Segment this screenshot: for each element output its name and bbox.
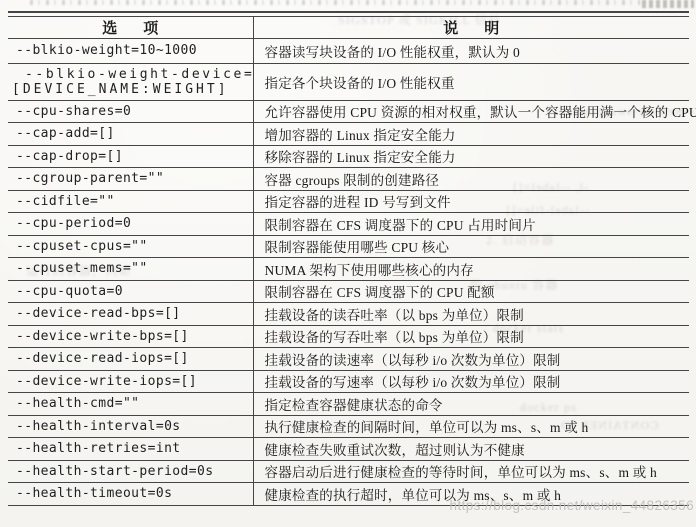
option-cell: --cpu-shares=0: [8, 100, 253, 123]
table-row: --device-write-bps=[]挂载设备的写吞吐率（以 bps 为单位…: [8, 325, 689, 348]
header-row: 选项 说明: [8, 16, 689, 38]
description-cell: 指定容器的进程 ID 号写到文件: [253, 190, 689, 213]
table-row: --cpu-shares=0允许容器使用 CPU 资源的相对权重，默认一个容器能…: [8, 100, 689, 123]
table-row: --cpuset-cpus=""限制容器能使用哪些 CPU 核心: [8, 235, 689, 258]
header-description-char2: 明: [484, 21, 499, 37]
option-cell: --cpu-quota=0: [8, 280, 253, 303]
description-cell: 限制容器在 CFS 调度器下的 CPU 占用时间片: [253, 213, 689, 236]
description-cell: 增加容器的 Linux 指定安全能力: [253, 123, 689, 146]
description-cell: NUMA 架构下使用哪些核心的内存: [253, 258, 689, 281]
header-description-char1: 说: [443, 21, 458, 37]
table-row: --cidfile=""指定容器的进程 ID 号写到文件: [8, 190, 689, 213]
description-cell: 挂载设备的读速率（以每秒 i/o 次数为单位）限制: [253, 348, 689, 371]
option-cell: --cpuset-mems="": [8, 258, 253, 281]
option-cell: --device-read-iops=[]: [8, 348, 253, 371]
table-row: --health-start-period=0s容器启动后进行健康检查的等待时间…: [8, 460, 689, 483]
option-cell: --cap-drop=[]: [8, 145, 253, 168]
option-cell: --cap-add=[]: [8, 123, 253, 146]
option-cell: --cpuset-cpus="": [8, 235, 253, 258]
description-cell: 容器读写块设备的 I/O 性能权重，默认为 0: [253, 38, 689, 63]
table-row: --cpuset-mems=""NUMA 架构下使用哪些核心的内存: [8, 258, 689, 281]
header-option-char1: 选: [102, 21, 117, 37]
option-cell: --health-interval=0s: [8, 415, 253, 438]
table-row: --cpu-period=0限制容器在 CFS 调度器下的 CPU 占用时间片: [8, 213, 689, 236]
table-row: --blkio-weight=10~1000容器读写块设备的 I/O 性能权重，…: [8, 38, 689, 63]
table-row: --cgroup-parent=""容器 cgroups 限制的创建路径: [8, 168, 689, 191]
csdn-watermark: https://blog.csdn.net/weixin_44826356: [450, 498, 694, 513]
description-cell: 指定各个块设备的 I/O 性能权重: [253, 63, 689, 100]
table-row: --device-read-bps=[]挂载设备的读吞吐率（以 bps 为单位）…: [8, 303, 689, 326]
option-cell: --blkio-weight=10~1000: [8, 38, 253, 63]
table-row: --blkio-weight-device=[DEVICE_NAME:WEIGH…: [8, 63, 689, 100]
option-cell: --health-timeout=0s: [8, 483, 253, 506]
table-row: --health-cmd=""指定检查容器健康状态的命令: [8, 393, 689, 416]
column-header-option: 选项: [8, 16, 253, 38]
header-option-char2: 项: [143, 21, 158, 37]
option-line-1: --blkio-weight-device=: [25, 67, 253, 82]
options-table-wrapper: 选项 说明 --blkio-weight=10~1000容器读写块设备的 I/O…: [8, 11, 689, 506]
table-row: --cpu-quota=0限制容器在 CFS 调度器下的 CPU 配额: [8, 280, 689, 303]
table-row: --cap-drop=[]移除容器的 Linux 指定安全能力: [8, 145, 689, 168]
description-cell: 允许容器使用 CPU 资源的相对权重，默认一个容器能用满一个核的 CPU: [253, 100, 689, 123]
table-row: --device-write-iops=[]挂载设备的写速率（以每秒 i/o 次…: [8, 370, 689, 393]
description-cell: 健康检查失败重试次数，超过则认为不健康: [253, 438, 689, 461]
description-cell: 限制容器能使用哪些 CPU 核心: [253, 235, 689, 258]
table-row: --cap-add=[]增加容器的 Linux 指定安全能力: [8, 123, 689, 146]
description-cell: 容器启动后进行健康检查的等待时间，单位可以为 ms、s、m 或 h: [253, 460, 689, 483]
option-cell: --cgroup-parent="": [8, 168, 253, 191]
cropped-caption-remnant-right: [642, 0, 694, 8]
option-cell: --device-read-bps=[]: [8, 303, 253, 326]
description-cell: 执行健康检查的间隔时间，单位可以为 ms、s、m 或 h: [253, 415, 689, 438]
option-cell: --health-cmd="": [8, 393, 253, 416]
cropped-caption-remnant: [30, 0, 640, 5]
description-cell: 挂载设备的读吞吐率（以 bps 为单位）限制: [253, 303, 689, 326]
table-row: --health-interval=0s执行健康检查的间隔时间，单位可以为 ms…: [8, 415, 689, 438]
option-line-2: [DEVICE_NAME:WEIGHT]: [12, 82, 253, 97]
table-row: --health-retries=int健康检查失败重试次数，超过则认为不健康: [8, 438, 689, 461]
column-header-description: 说明: [253, 16, 689, 38]
description-cell: 移除容器的 Linux 指定安全能力: [253, 145, 689, 168]
option-cell: --health-retries=int: [8, 438, 253, 461]
option-cell: --cidfile="": [8, 190, 253, 213]
scanned-page: SIGSTOP 或 SIGKILL 信号--memory-swappiness=…: [0, 0, 696, 527]
option-cell: --device-write-iops=[]: [8, 370, 253, 393]
description-cell: 挂载设备的写吞吐率（以 bps 为单位）限制: [253, 325, 689, 348]
option-cell: --health-start-period=0s: [8, 460, 253, 483]
option-cell: --cpu-period=0: [8, 213, 253, 236]
option-cell: --device-write-bps=[]: [8, 325, 253, 348]
description-cell: 限制容器在 CFS 调度器下的 CPU 配额: [253, 280, 689, 303]
description-cell: 容器 cgroups 限制的创建路径: [253, 168, 689, 191]
option-cell: --blkio-weight-device=[DEVICE_NAME:WEIGH…: [8, 63, 253, 100]
description-cell: 指定检查容器健康状态的命令: [253, 393, 689, 416]
description-cell: 挂载设备的写速率（以每秒 i/o 次数为单位）限制: [253, 370, 689, 393]
docker-run-options-table: 选项 说明 --blkio-weight=10~1000容器读写块设备的 I/O…: [8, 16, 689, 506]
table-row: --device-read-iops=[]挂载设备的读速率（以每秒 i/o 次数…: [8, 348, 689, 371]
